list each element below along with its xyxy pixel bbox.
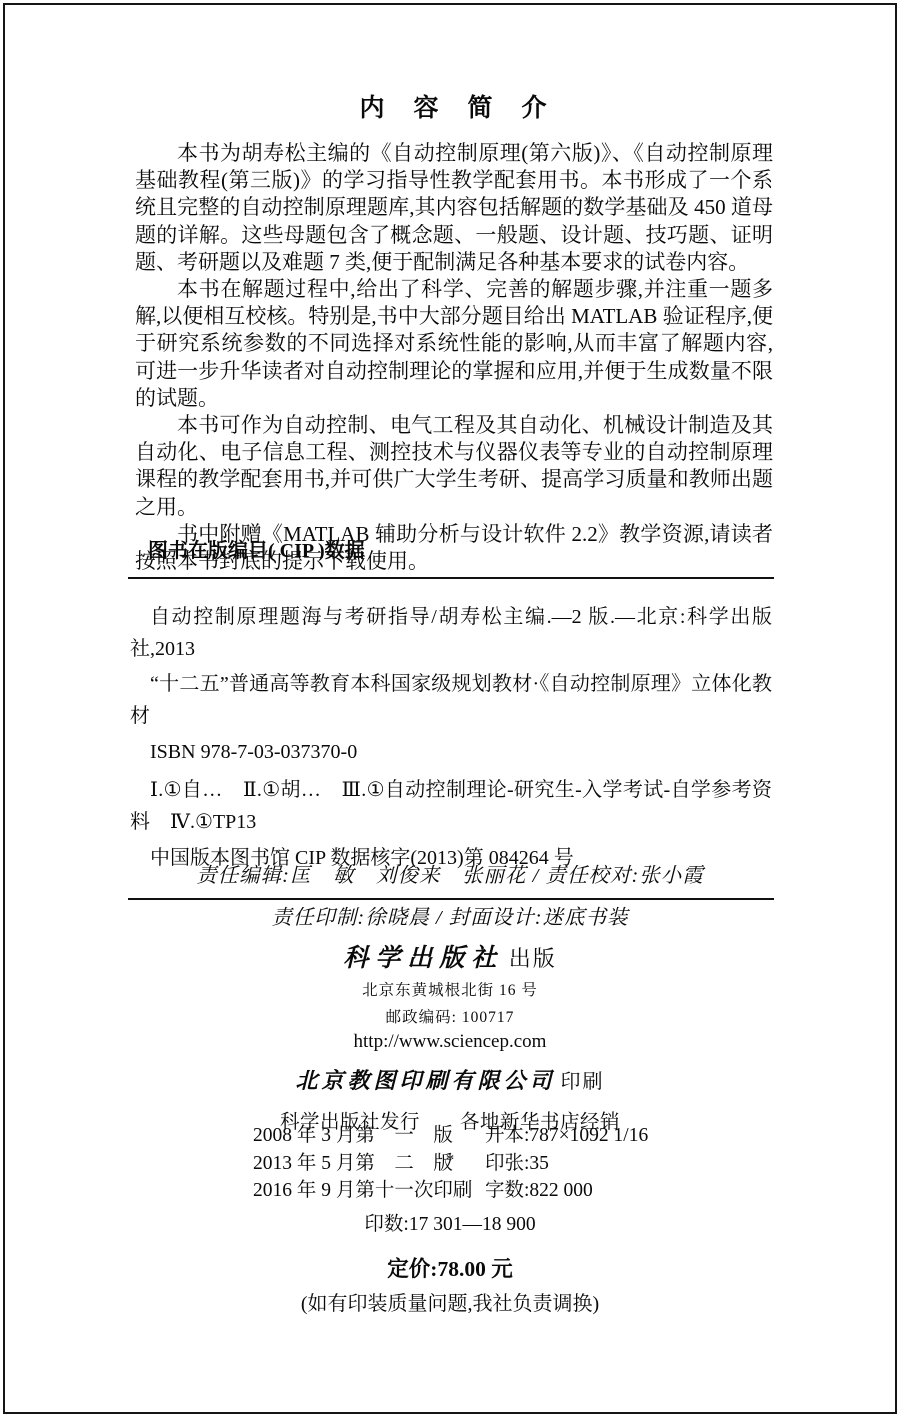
cip-top-rule — [128, 577, 774, 579]
printer-suffix: 印刷 — [561, 1071, 605, 1093]
intro-paragraph: 本书在解题过程中,给出了科学、完善的解题步骤,并注重一题多解,以便相互校核。特别… — [135, 276, 773, 412]
content-introduction-section: 内 容 简 介 本书为胡寿松主编的《自动控制原理(第六版)》、《自动控制原理基础… — [135, 88, 773, 575]
printer-line: 北京教图印刷有限公司 印刷 — [0, 1064, 900, 1095]
cip-heading: 图书在版编目( CIP )数据 — [148, 534, 774, 563]
cip-data-section: 图书在版编目( CIP )数据 自动控制原理题海与考研指导/胡寿松主编.—2 版… — [128, 534, 774, 900]
wordcount-info: 字数:822 000 — [485, 1177, 593, 1205]
edition-info: 2008 年 3 月第 一 版 — [253, 1122, 485, 1150]
printing-run-info: 2016 年 9 月第十一次印刷 — [253, 1177, 485, 1205]
edition-row: 2013 年 5 月第 二 版 印张:35 — [0, 1150, 900, 1178]
quality-note: (如有印装质量问题,我社负责调换) — [0, 1289, 900, 1319]
publisher-website: http://www.sciencep.com — [0, 1031, 900, 1053]
publisher-postcode: 邮政编码: 100717 — [0, 1005, 900, 1027]
cip-classification-line: Ⅰ.①自… Ⅱ.①胡… Ⅲ.①自动控制理论-研究生-入学考试-自学参考资料 Ⅳ.… — [130, 774, 772, 838]
cip-series-line: “十二五”普通高等教育本科国家级规划教材·《自动控制原理》立体化教材 — [130, 668, 772, 732]
edition-row: 2008 年 3 月第 一 版 开本:787×1092 1/16 — [0, 1122, 900, 1150]
intro-paragraph: 本书可作为自动控制、电气工程及其自动化、机械设计制造及其自动化、电子信息工程、测… — [135, 412, 773, 521]
section-title: 内 容 简 介 — [135, 88, 773, 124]
printing-details-section: 2008 年 3 月第 一 版 开本:787×1092 1/16 2013 年 … — [0, 1122, 900, 1319]
cip-entry-line: 自动控制原理题海与考研指导/胡寿松主编.—2 版.—北京:科学出版社,2013 — [130, 601, 772, 665]
publisher-suffix: 出版 — [509, 946, 557, 971]
credits-section: 责任编辑:匡 敏 刘俊来 张丽花 / 责任校对:张小霞 责任印制:徐晓晨 / 封… — [0, 858, 900, 942]
cip-isbn-line: ISBN 978-7-03-037370-0 — [130, 736, 772, 768]
cip-body: 自动控制原理题海与考研指导/胡寿松主编.—2 版.—北京:科学出版社,2013 … — [128, 601, 774, 874]
printer-logo-text: 北京教图印刷有限公司 — [295, 1068, 555, 1093]
format-info: 开本:787×1092 1/16 — [485, 1122, 648, 1150]
publisher-name-line: 科学出版社 出版 — [0, 938, 900, 974]
sheets-info: 印张:35 — [485, 1150, 549, 1178]
colophon-page: 内 容 简 介 本书为胡寿松主编的《自动控制原理(第六版)》、《自动控制原理基础… — [0, 0, 900, 1417]
publisher-logo-text: 科学出版社 — [343, 945, 503, 972]
credits-editors-line: 责任编辑:匡 敏 刘俊来 张丽花 / 责任校对:张小霞 — [0, 858, 900, 888]
edition-info: 2013 年 5 月第 二 版 — [253, 1150, 485, 1178]
publisher-address: 北京东黄城根北街 16 号 — [0, 978, 900, 1000]
edition-row: 2016 年 9 月第十一次印刷 字数:822 000 — [0, 1177, 900, 1205]
impressions-count: 印数:17 301—18 900 — [0, 1210, 900, 1240]
price: 定价:78.00 元 — [0, 1254, 900, 1284]
credits-printing-line: 责任印制:徐晓晨 / 封面设计:迷底书装 — [0, 900, 900, 930]
intro-paragraph: 本书为胡寿松主编的《自动控制原理(第六版)》、《自动控制原理基础教程(第三版)》… — [135, 140, 773, 276]
